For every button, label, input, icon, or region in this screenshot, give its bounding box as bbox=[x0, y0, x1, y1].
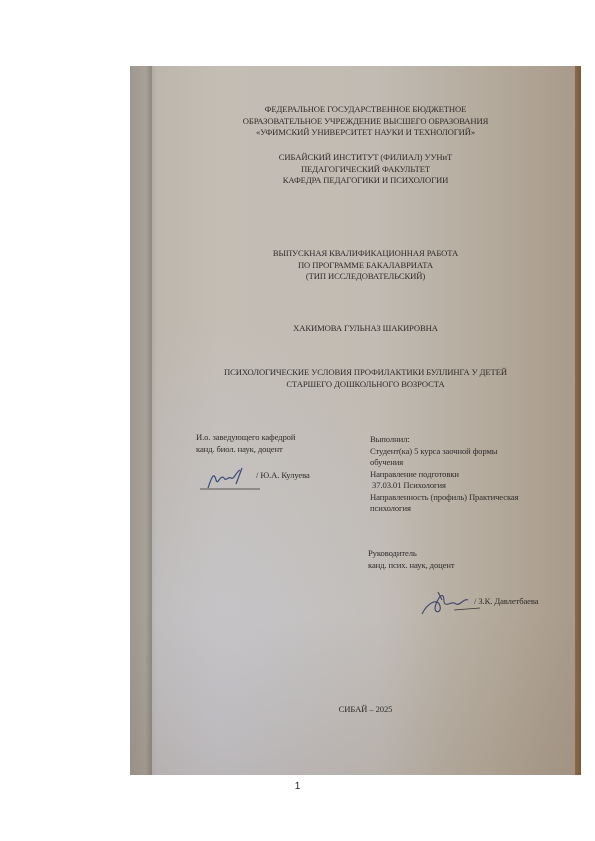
supervisor-title-line: Руководитель bbox=[368, 548, 578, 560]
organization-line: ОБРАЗОВАТЕЛЬНОЕ УЧРЕЖДЕНИЕ ВЫСШЕГО ОБРАЗ… bbox=[170, 116, 561, 128]
supervisor-block: Руководитель канд. псих. наук, доцент bbox=[368, 548, 578, 571]
head-signature-name: / Ю.А. Кулуева bbox=[256, 470, 310, 482]
head-of-department-block: И.о. заведующего кафедрой канд. биол. на… bbox=[196, 432, 366, 455]
title-page-photo: ФЕДЕРАЛЬНОЕ ГОСУДАРСТВЕННОЕ БЮДЖЕТНОЕ ОБ… bbox=[130, 66, 581, 775]
head-title-line: канд. биол. наук, доцент bbox=[196, 444, 366, 456]
lighting-shade bbox=[130, 615, 581, 775]
institute-line: СИБАЙСКИЙ ИНСТИТУТ (ФИЛИАЛ) УУНиТ bbox=[170, 152, 561, 164]
thesis-topic: ПСИХОЛОГИЧЕСКИЕ УСЛОВИЯ ПРОФИЛАКТИКИ БУЛ… bbox=[170, 367, 561, 390]
organization-line: «УФИМСКИЙ УНИВЕРСИТЕТ НАУКИ И ТЕХНОЛОГИЙ… bbox=[170, 127, 561, 139]
performed-by-line: Выполнил: bbox=[370, 434, 580, 446]
signature-icon bbox=[418, 588, 480, 618]
topic-line: ПСИХОЛОГИЧЕСКИЕ УСЛОВИЯ ПРОФИЛАКТИКИ БУЛ… bbox=[170, 367, 561, 379]
institute-header: СИБАЙСКИЙ ИНСТИТУТ (ФИЛИАЛ) УУНиТ ПЕДАГО… bbox=[170, 152, 561, 187]
supervisor-signature-name: / З.К. Давлетбаева bbox=[474, 596, 538, 608]
performed-by-block: Выполнил: Студент(ка) 5 курса заочной фо… bbox=[370, 434, 580, 515]
performed-by-line: обучения bbox=[370, 457, 580, 469]
performed-by-line: Направление подготовки bbox=[370, 469, 580, 481]
performed-by-line: 37.03.01 Психология bbox=[370, 480, 580, 492]
work-type-line: ПО ПРОГРАММЕ БАКАЛАВРИАТА bbox=[170, 260, 561, 272]
work-type-line: ВЫПУСКНАЯ КВАЛИФИКАЦИОННАЯ РАБОТА bbox=[170, 248, 561, 260]
supervisor-title-line: канд. псих. наук, доцент bbox=[368, 560, 578, 572]
signature-icon bbox=[200, 466, 260, 494]
page-number: 1 bbox=[0, 781, 595, 792]
author-name-text: ХАКИМОВА ГУЛЬНАЗ ШАКИРОВНА bbox=[170, 323, 561, 335]
head-title-line: И.о. заведующего кафедрой bbox=[196, 432, 366, 444]
institute-line: ПЕДАГОГИЧЕСКИЙ ФАКУЛЬТЕТ bbox=[170, 164, 561, 176]
performed-by-line: Направленность (профиль) Практическая bbox=[370, 492, 580, 504]
performed-by-line: Студент(ка) 5 курса заочной формы bbox=[370, 446, 580, 458]
work-type: ВЫПУСКНАЯ КВАЛИФИКАЦИОННАЯ РАБОТА ПО ПРО… bbox=[170, 248, 561, 283]
city-year: СИБАЙ – 2025 bbox=[170, 704, 561, 716]
work-type-line: (ТИП ИССЛЕДОВАТЕЛЬСКИЙ) bbox=[170, 271, 561, 283]
city-year-text: СИБАЙ – 2025 bbox=[170, 704, 561, 716]
author-name: ХАКИМОВА ГУЛЬНАЗ ШАКИРОВНА bbox=[170, 323, 561, 335]
performed-by-line: психология bbox=[370, 503, 580, 515]
institute-line: КАФЕДРА ПЕДАГОГИКИ И ПСИХОЛОГИИ bbox=[170, 175, 561, 187]
organization-line: ФЕДЕРАЛЬНОЕ ГОСУДАРСТВЕННОЕ БЮДЖЕТНОЕ bbox=[170, 104, 561, 116]
topic-line: СТАРШЕГО ДОШКОЛЬНОГО ВОЗРОСТА bbox=[170, 379, 561, 391]
organization-header: ФЕДЕРАЛЬНОЕ ГОСУДАРСТВЕННОЕ БЮДЖЕТНОЕ ОБ… bbox=[170, 104, 561, 139]
